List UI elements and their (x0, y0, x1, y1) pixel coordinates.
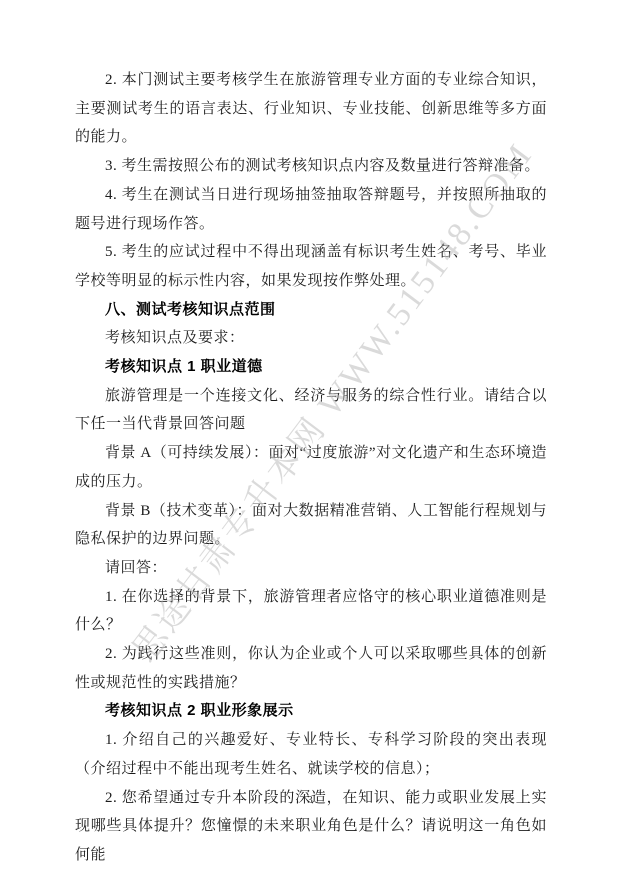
clause-4: 4. 考生在测试当日进行现场抽签抽取答辩题号，并按照所抽取的题号进行现场作答。 (75, 181, 547, 238)
knowledge-point-2-heading: 考核知识点 2 职业形象展示 (75, 697, 547, 726)
clause-2: 2. 本门测试主要考核学生在旅游管理专业方面的专业综合知识，主要测试考生的语言表… (75, 66, 547, 152)
kp1-background-a: 背景 A（可持续发展）：面对“过度旅游”对文化遗产和生态环境造成的压力。 (75, 439, 547, 496)
knowledge-point-1-heading: 考核知识点 1 职业道德 (75, 353, 547, 382)
kp2-item-1: 1. 介绍自己的兴趣爱好、专业特长、专科学习阶段的突出表现（介绍过程中不能出现考… (75, 726, 547, 783)
kp1-background-b: 背景 B（技术变革）：面对大数据精准营销、人工智能行程规划与隐私保护的边界问题。 (75, 497, 547, 554)
requirements-intro: 考核知识点及要求： (75, 324, 547, 353)
document-page: 思途甘肃专升本网 WWW.515148.COM 2. 本门测试主要考核学生在旅游… (0, 0, 620, 876)
clause-3: 3. 考生需按照公布的测试考核知识点内容及数量进行答辩准备。 (75, 152, 547, 181)
kp1-question-1: 1. 在你选择的背景下，旅游管理者应恪守的核心职业道德准则是什么？ (75, 583, 547, 640)
section-8-heading: 八、测试考核知识点范围 (75, 296, 547, 325)
kp1-intro: 旅游管理是一个连接文化、经济与服务的综合性行业。请结合以下任一当代背景回答问题 (75, 382, 547, 439)
page-number: 3 (0, 794, 620, 806)
kp1-question-2: 2. 为践行这些准则，你认为企业或个人可以采取哪些具体的创新性或规范性的实践措施… (75, 640, 547, 697)
kp1-answer-prompt: 请回答： (75, 554, 547, 583)
clause-5: 5. 考生的应试过程中不得出现涵盖有标识考生姓名、考号、毕业学校等明显的标示性内… (75, 238, 547, 295)
document-body: 2. 本门测试主要考核学生在旅游管理专业方面的专业综合知识，主要测试考生的语言表… (75, 66, 547, 870)
